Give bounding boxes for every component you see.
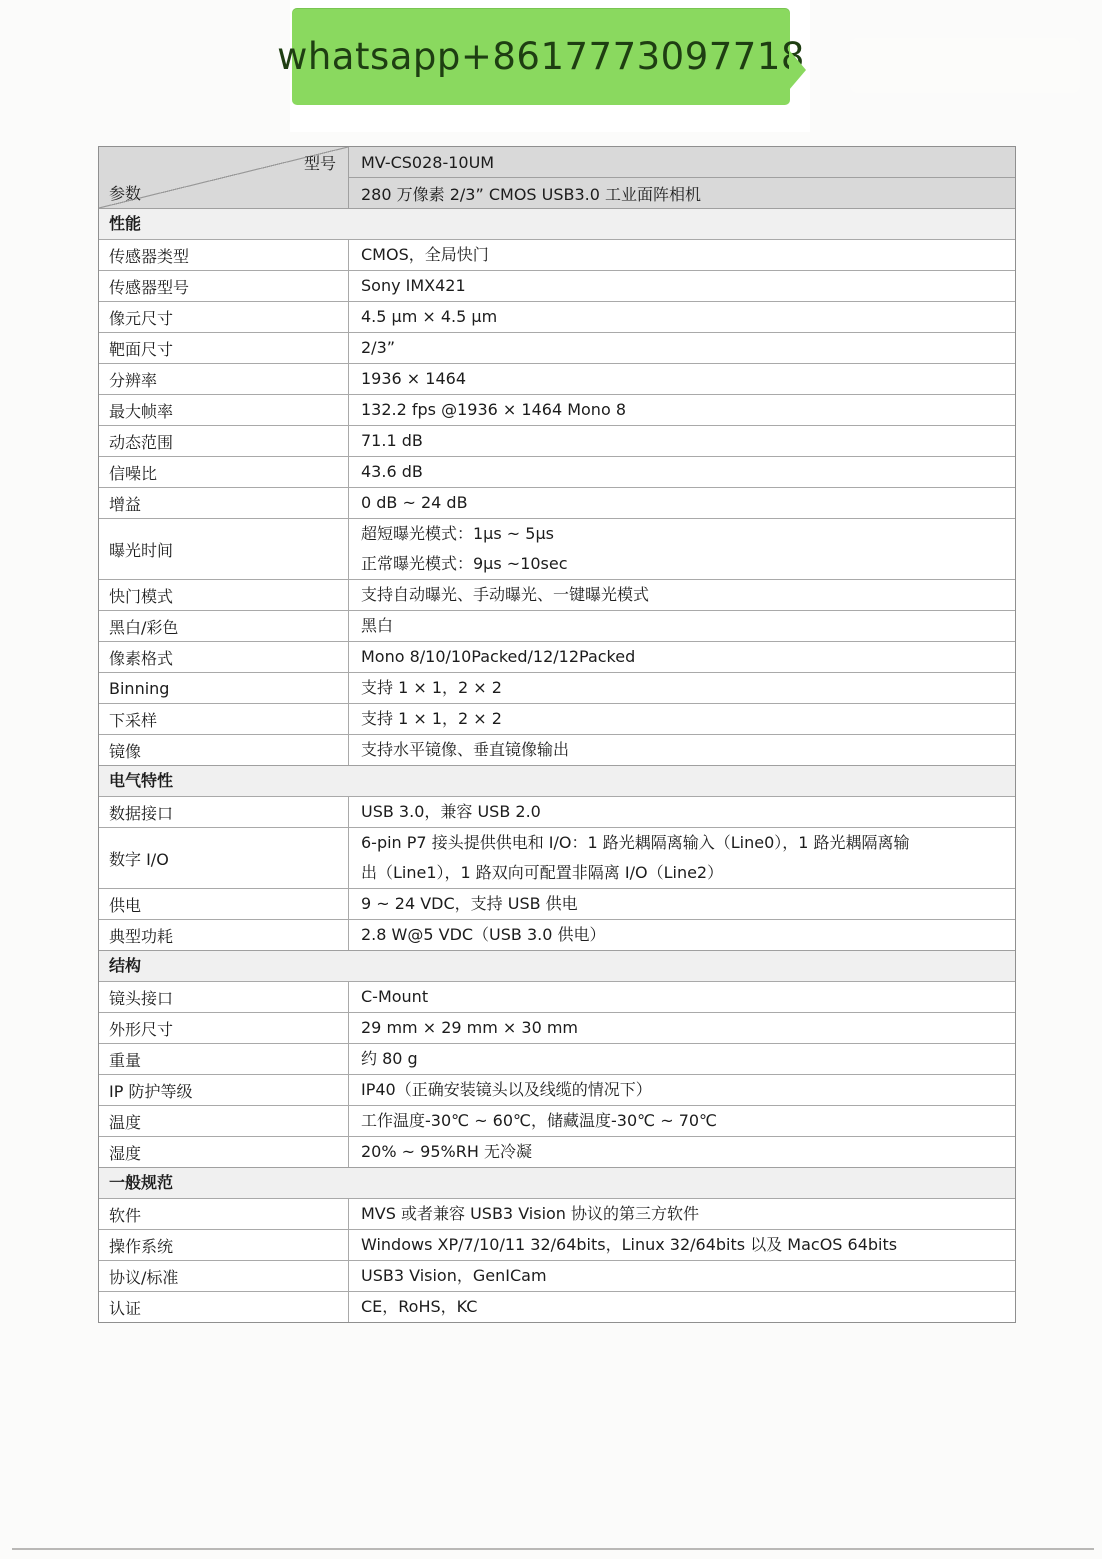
spec-value: 约 80 g (349, 1044, 1015, 1074)
section-header: 电气特性 (99, 765, 1015, 796)
spec-label: 温度 (99, 1106, 349, 1136)
spec-value: 支持水平镜像、垂直镜像输出 (349, 735, 1015, 765)
page-bottom-edge (12, 1548, 1094, 1550)
spec-value: 9 ~ 24 VDC，支持 USB 供电 (349, 889, 1015, 919)
spec-value: 6-pin P7 接头提供供电和 I/O：1 路光耦隔离输入（Line0），1 … (349, 828, 1015, 888)
spec-row: 认证CE，RoHS，KC (99, 1291, 1015, 1322)
spec-value-line: C-Mount (361, 982, 1015, 1012)
faint-watermark (850, 38, 1080, 93)
spec-value: Windows XP/7/10/11 32/64bits，Linux 32/64… (349, 1230, 1015, 1260)
spec-row: 镜像支持水平镜像、垂直镜像输出 (99, 734, 1015, 765)
spec-value: C-Mount (349, 982, 1015, 1012)
spec-value-line: IP40（正确安装镜头以及线缆的情况下） (361, 1075, 1015, 1105)
spec-label: 湿度 (99, 1137, 349, 1167)
table-header: 型号 参数 MV-CS028-10UM 280 万像素 2/3” CMOS US… (99, 147, 1015, 208)
spec-value-line: 20% ~ 95%RH 无冷凝 (361, 1137, 1015, 1167)
spec-value: 132.2 fps @1936 × 1464 Mono 8 (349, 395, 1015, 425)
spec-row: 温度工作温度-30℃ ~ 60℃，储藏温度-30℃ ~ 70℃ (99, 1105, 1015, 1136)
spec-label: 动态范围 (99, 426, 349, 456)
model-value: MV-CS028-10UM (361, 153, 494, 172)
spec-label: 像素格式 (99, 642, 349, 672)
model-description-cell: 280 万像素 2/3” CMOS USB3.0 工业面阵相机 (349, 177, 1015, 208)
spec-label: 传感器类型 (99, 240, 349, 270)
spec-row: 增益0 dB ~ 24 dB (99, 487, 1015, 518)
spec-value-line: 支持 1 × 1，2 × 2 (361, 673, 1015, 703)
spec-value: 4.5 μm × 4.5 μm (349, 302, 1015, 332)
spec-row: 协议/标准USB3 Vision，GenICam (99, 1260, 1015, 1291)
spec-value: CE，RoHS，KC (349, 1292, 1015, 1322)
spec-value-line: 支持自动曝光、手动曝光、一键曝光模式 (361, 580, 1015, 610)
spec-label: IP 防护等级 (99, 1075, 349, 1105)
section-header: 性能 (99, 208, 1015, 239)
spec-row: 传感器型号Sony IMX421 (99, 270, 1015, 301)
spec-row: 快门模式支持自动曝光、手动曝光、一键曝光模式 (99, 579, 1015, 610)
spec-value-line: 43.6 dB (361, 457, 1015, 487)
spec-value: Mono 8/10/10Packed/12/12Packed (349, 642, 1015, 672)
spec-label: 镜头接口 (99, 982, 349, 1012)
spec-value: 2/3” (349, 333, 1015, 363)
section-header: 一般规范 (99, 1167, 1015, 1198)
spec-label: 操作系统 (99, 1230, 349, 1260)
spec-label: 快门模式 (99, 580, 349, 610)
spec-label: 外形尺寸 (99, 1013, 349, 1043)
spec-row: 镜头接口C-Mount (99, 981, 1015, 1012)
corner-bottom-label: 参数 (109, 181, 141, 204)
chat-bubble-tail-icon (789, 50, 806, 90)
spec-value-line: 超短曝光模式：1μs ~ 5μs (361, 519, 1015, 549)
spec-row: 曝光时间超短曝光模式：1μs ~ 5μs正常曝光模式：9μs ~10sec (99, 518, 1015, 579)
spec-label: Binning (99, 673, 349, 703)
spec-value-line: 2/3” (361, 333, 1015, 363)
spec-label: 协议/标准 (99, 1261, 349, 1291)
spec-row: 外形尺寸29 mm × 29 mm × 30 mm (99, 1012, 1015, 1043)
spec-row: 像素格式Mono 8/10/10Packed/12/12Packed (99, 641, 1015, 672)
spec-label: 数字 I/O (99, 828, 349, 888)
spec-value-line: 正常曝光模式：9μs ~10sec (361, 549, 1015, 579)
spec-value: 43.6 dB (349, 457, 1015, 487)
spec-row: 动态范围71.1 dB (99, 425, 1015, 456)
spec-value-line: 出（Line1），1 路双向可配置非隔离 I/O（Line2） (361, 858, 1015, 888)
spec-table: 型号 参数 MV-CS028-10UM 280 万像素 2/3” CMOS US… (98, 146, 1016, 1323)
page: whatsapp+8617773097718 型号 参数 MV-CS028-10… (0, 0, 1102, 1559)
spec-value-line: 4.5 μm × 4.5 μm (361, 302, 1015, 332)
spec-label: 黑白/彩色 (99, 611, 349, 641)
spec-label: 分辨率 (99, 364, 349, 394)
spec-value-line: 2.8 W@5 VDC（USB 3.0 供电） (361, 920, 1015, 950)
header-corner-cell: 型号 参数 (99, 147, 349, 208)
spec-label: 重量 (99, 1044, 349, 1074)
spec-value: 支持自动曝光、手动曝光、一键曝光模式 (349, 580, 1015, 610)
whatsapp-banner: whatsapp+8617773097718 (292, 8, 790, 105)
spec-label: 认证 (99, 1292, 349, 1322)
spec-row: 最大帧率132.2 fps @1936 × 1464 Mono 8 (99, 394, 1015, 425)
spec-label: 曝光时间 (99, 519, 349, 579)
spec-value-line: 1936 × 1464 (361, 364, 1015, 394)
whatsapp-banner-text: whatsapp+8617773097718 (277, 35, 805, 78)
spec-row: 数据接口USB 3.0，兼容 USB 2.0 (99, 796, 1015, 827)
spec-label: 信噪比 (99, 457, 349, 487)
spec-value: 超短曝光模式：1μs ~ 5μs正常曝光模式：9μs ~10sec (349, 519, 1015, 579)
spec-value-line: CE，RoHS，KC (361, 1292, 1015, 1322)
spec-row: 操作系统Windows XP/7/10/11 32/64bits，Linux 3… (99, 1229, 1015, 1260)
spec-row: 下采样支持 1 × 1，2 × 2 (99, 703, 1015, 734)
corner-top-label: 型号 (304, 151, 336, 174)
spec-value-line: 黑白 (361, 611, 1015, 641)
spec-value: 2.8 W@5 VDC（USB 3.0 供电） (349, 920, 1015, 950)
spec-value-line: 0 dB ~ 24 dB (361, 488, 1015, 518)
spec-value-line: MVS 或者兼容 USB3 Vision 协议的第三方软件 (361, 1199, 1015, 1229)
spec-value-line: 支持 1 × 1，2 × 2 (361, 704, 1015, 734)
spec-label: 数据接口 (99, 797, 349, 827)
spec-value-line: 71.1 dB (361, 426, 1015, 456)
spec-label: 增益 (99, 488, 349, 518)
spec-row: 像元尺寸4.5 μm × 4.5 μm (99, 301, 1015, 332)
spec-value: 支持 1 × 1，2 × 2 (349, 673, 1015, 703)
spec-value: 工作温度-30℃ ~ 60℃，储藏温度-30℃ ~ 70℃ (349, 1106, 1015, 1136)
spec-value-line: Windows XP/7/10/11 32/64bits，Linux 32/64… (361, 1230, 1015, 1260)
spec-value-line: Mono 8/10/10Packed/12/12Packed (361, 642, 1015, 672)
spec-label: 靶面尺寸 (99, 333, 349, 363)
spec-value: IP40（正确安装镜头以及线缆的情况下） (349, 1075, 1015, 1105)
spec-value-line: 132.2 fps @1936 × 1464 Mono 8 (361, 395, 1015, 425)
section-header: 结构 (99, 950, 1015, 981)
spec-value: MVS 或者兼容 USB3 Vision 协议的第三方软件 (349, 1199, 1015, 1229)
spec-value-line: CMOS，全局快门 (361, 240, 1015, 270)
spec-value: Sony IMX421 (349, 271, 1015, 301)
spec-value: USB3 Vision，GenICam (349, 1261, 1015, 1291)
spec-row: IP 防护等级IP40（正确安装镜头以及线缆的情况下） (99, 1074, 1015, 1105)
spec-value: 0 dB ~ 24 dB (349, 488, 1015, 518)
spec-value: 黑白 (349, 611, 1015, 641)
spec-row: Binning支持 1 × 1，2 × 2 (99, 672, 1015, 703)
spec-value-line: 工作温度-30℃ ~ 60℃，储藏温度-30℃ ~ 70℃ (361, 1106, 1015, 1136)
spec-value-line: 约 80 g (361, 1044, 1015, 1074)
spec-value-line: 9 ~ 24 VDC，支持 USB 供电 (361, 889, 1015, 919)
spec-row: 典型功耗2.8 W@5 VDC（USB 3.0 供电） (99, 919, 1015, 950)
spec-label: 镜像 (99, 735, 349, 765)
spec-row: 湿度20% ~ 95%RH 无冷凝 (99, 1136, 1015, 1167)
spec-row: 传感器类型CMOS，全局快门 (99, 239, 1015, 270)
spec-label: 最大帧率 (99, 395, 349, 425)
spec-value-line: USB3 Vision，GenICam (361, 1261, 1015, 1291)
spec-label: 典型功耗 (99, 920, 349, 950)
table-body: 性能传感器类型CMOS，全局快门传感器型号Sony IMX421像元尺寸4.5 … (99, 208, 1015, 1322)
spec-value-line: 29 mm × 29 mm × 30 mm (361, 1013, 1015, 1043)
spec-value-line: 6-pin P7 接头提供供电和 I/O：1 路光耦隔离输入（Line0），1 … (361, 828, 1015, 858)
model-description: 280 万像素 2/3” CMOS USB3.0 工业面阵相机 (361, 182, 701, 205)
spec-label: 供电 (99, 889, 349, 919)
spec-value-line: USB 3.0，兼容 USB 2.0 (361, 797, 1015, 827)
spec-value: CMOS，全局快门 (349, 240, 1015, 270)
spec-label: 下采样 (99, 704, 349, 734)
spec-value: 29 mm × 29 mm × 30 mm (349, 1013, 1015, 1043)
spec-value: 71.1 dB (349, 426, 1015, 456)
spec-row: 靶面尺寸2/3” (99, 332, 1015, 363)
spec-row: 数字 I/O6-pin P7 接头提供供电和 I/O：1 路光耦隔离输入（Lin… (99, 827, 1015, 888)
spec-value: 20% ~ 95%RH 无冷凝 (349, 1137, 1015, 1167)
spec-value: 支持 1 × 1，2 × 2 (349, 704, 1015, 734)
spec-row: 分辨率1936 × 1464 (99, 363, 1015, 394)
spec-value-line: Sony IMX421 (361, 271, 1015, 301)
spec-value-line: 支持水平镜像、垂直镜像输出 (361, 735, 1015, 765)
spec-row: 供电9 ~ 24 VDC，支持 USB 供电 (99, 888, 1015, 919)
spec-label: 传感器型号 (99, 271, 349, 301)
spec-label: 像元尺寸 (99, 302, 349, 332)
spec-row: 信噪比43.6 dB (99, 456, 1015, 487)
spec-label: 软件 (99, 1199, 349, 1229)
model-cell: MV-CS028-10UM (349, 147, 1015, 177)
spec-row: 软件MVS 或者兼容 USB3 Vision 协议的第三方软件 (99, 1198, 1015, 1229)
spec-value: 1936 × 1464 (349, 364, 1015, 394)
spec-value: USB 3.0，兼容 USB 2.0 (349, 797, 1015, 827)
spec-row: 重量约 80 g (99, 1043, 1015, 1074)
spec-row: 黑白/彩色黑白 (99, 610, 1015, 641)
